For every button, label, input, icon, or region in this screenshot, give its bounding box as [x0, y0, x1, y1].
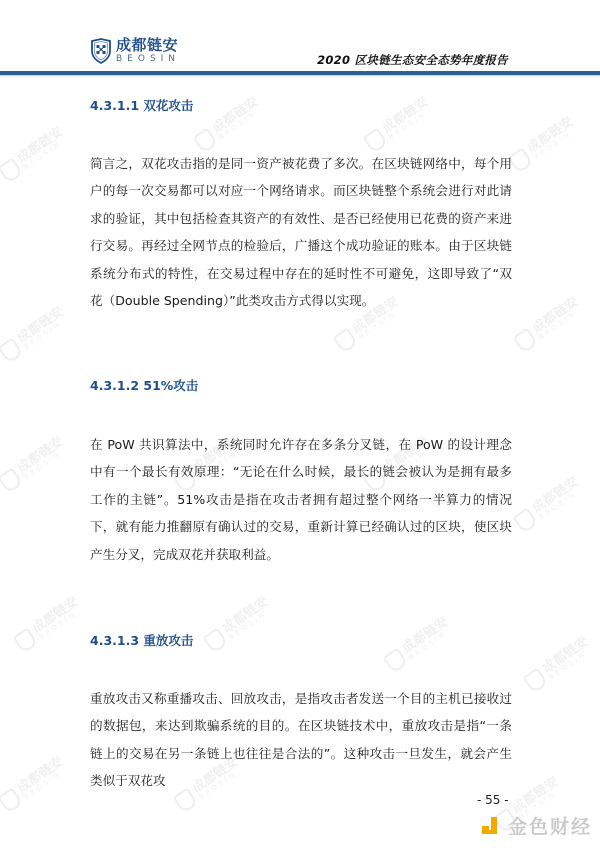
section-heading-replay-attack: 4.3.1.3 重放攻击: [90, 631, 193, 649]
jinse-caijing-logo: 金色财经: [482, 812, 592, 839]
paragraph-51-attack: 在 PoW 共识算法中，系统同时允许存在多条分叉链，在 PoW 的设计理念中有一…: [90, 431, 512, 568]
watermark-shield-icon: [382, 647, 408, 674]
watermark: 成都链安BEOSIN: [197, 578, 294, 662]
watermark-shield-icon: [202, 627, 228, 654]
watermark: 成都链安BEOSIN: [502, 98, 599, 182]
jinse-logo-icon: [482, 817, 500, 835]
watermark: 成都链安BEOSIN: [507, 278, 600, 362]
watermark: 成都链安BEOSIN: [0, 108, 88, 192]
paragraph-double-spending: 简言之，双花攻击指的是同一资产被花费了多次。在区块链网络中，每个用户的每一次交易…: [90, 150, 512, 314]
paragraph-replay-attack: 重放攻击又称重播攻击、回放攻击，是指攻击者发送一个目的主机已接收过的数据包，来达…: [90, 685, 512, 795]
watermark-shield-icon: [512, 327, 538, 354]
page-header: 成都链安 BEOSIN 2020 区块链生态安全态势年度报告: [0, 0, 600, 80]
source-logo-text: 金色财经: [508, 812, 592, 839]
header-divider-shadow: [0, 75, 600, 77]
watermark: 成都链安BEOSIN: [7, 578, 104, 662]
section-heading-51-attack: 4.3.1.2 51%攻击: [90, 376, 198, 394]
beosin-logo: 成都链安 BEOSIN: [90, 38, 180, 64]
watermark: 成都链安BEOSIN: [377, 598, 474, 682]
watermark-shield-icon: [0, 157, 24, 184]
shield-logo-icon: [90, 38, 112, 64]
watermark-shield-icon: [332, 327, 358, 354]
watermark-shield-icon: [12, 627, 38, 654]
page-number: - 55 -: [477, 793, 509, 807]
watermark-shield-icon: [0, 337, 24, 364]
watermark-shield-icon: [512, 507, 538, 534]
logo-english-name: BEOSIN: [116, 55, 180, 64]
watermark: 成都链安BEOSIN: [0, 738, 88, 822]
watermark: 成都链安BEOSIN: [507, 458, 600, 542]
watermark: 成都链安BEOSIN: [517, 618, 600, 702]
watermark-shield-icon: [0, 467, 24, 494]
logo-chinese-name: 成都链安: [116, 38, 180, 53]
watermark-shield-icon: [0, 787, 24, 814]
watermark-shield-icon: [522, 667, 548, 694]
watermark: 成都链安BEOSIN: [0, 418, 88, 502]
report-title: 2020 区块链生态安全态势年度报告: [317, 52, 508, 68]
watermark: 成都链安BEOSIN: [0, 288, 88, 372]
section-heading-double-spending: 4.3.1.1 双花攻击: [90, 96, 193, 114]
